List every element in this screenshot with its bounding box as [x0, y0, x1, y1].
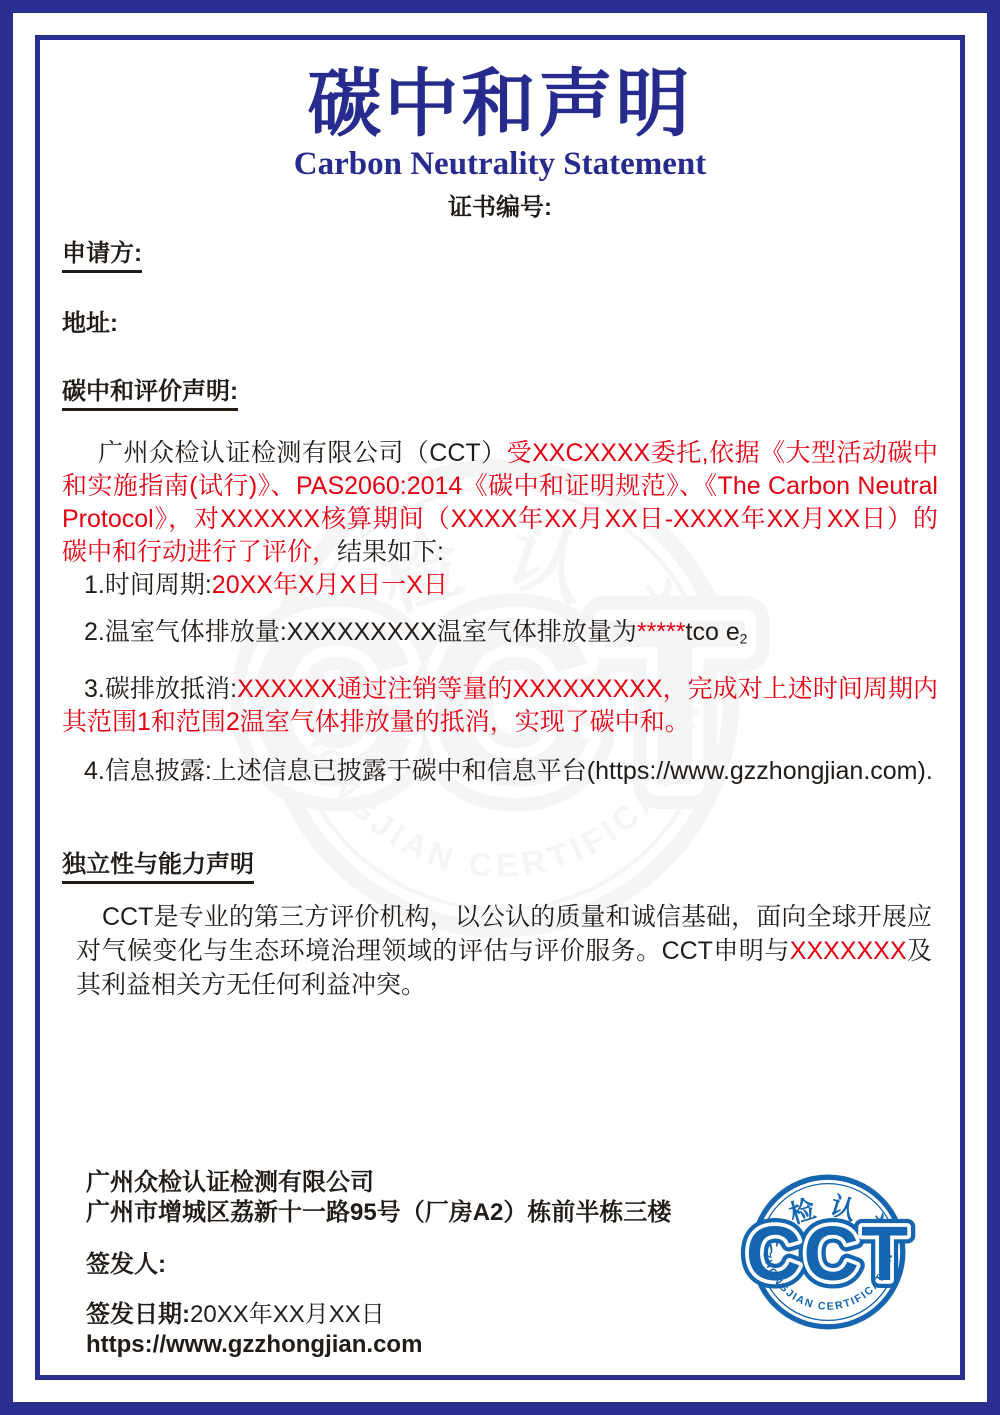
page-subtitle: Carbon Neutrality Statement [62, 144, 938, 185]
issuer-company-address: 广州市增城区荔新十一路95号（厂房A2）栋前半栋三楼 [86, 1198, 671, 1228]
issue-date-line: 签发日期:20XX年XX月XX日 [86, 1300, 671, 1330]
website-url: https://www.gzzhongjian.com [86, 1330, 671, 1360]
issuer-company-name: 广州众检认证检测有限公司 [86, 1168, 671, 1198]
independence-body: CCT是专业的第三方评价机构，以公认的质量和诚信基础，面向全球开展应对气候变化与… [62, 900, 938, 1002]
statement-item-carbon-offset: 3.碳排放抵消:XXXXXX通过注销等量的XXXXXXXXX，完成对上述时间周期… [62, 673, 938, 739]
independence-heading: 独立性与能力声明 [62, 850, 938, 884]
page-title: 碳中和声明 [62, 64, 938, 144]
address-label: 地址: [62, 309, 938, 339]
statement-item-ghg-emissions: 2.温室气体排放量:XXXXXXXXX温室气体排放量为*****tco e2 [62, 616, 938, 649]
issuer-label: 签发人: [86, 1250, 671, 1280]
statement-item-time-period: 1.时间周期:20XX年X月X日一X日 [62, 569, 938, 602]
footer-block: 广州众检认证检测有限公司 广州市增城区荔新十一路95号（厂房A2）栋前半栋三楼 … [86, 1168, 671, 1360]
statement-intro: 广州众检认证检测有限公司（CCT）受XXCXXXX委托,依据《大型活动碳中和实施… [62, 437, 938, 569]
certificate-content: 碳中和声明 Carbon Neutrality Statement 证书编号: … [62, 48, 938, 1002]
statement-item-disclosure: 4.信息披露:上述信息已披露于碳中和信息平台(https://www.gzzho… [62, 755, 938, 788]
issue-date-value: 20XX年XX月XX日 [190, 1301, 385, 1328]
issue-date-label: 签发日期: [86, 1301, 190, 1328]
cert-number-label: 证书编号: [62, 193, 938, 223]
applicant-label: 申请方: [62, 239, 938, 273]
cct-logo-badge [721, 1158, 935, 1361]
statement-heading: 碳中和评价声明: [62, 377, 938, 411]
